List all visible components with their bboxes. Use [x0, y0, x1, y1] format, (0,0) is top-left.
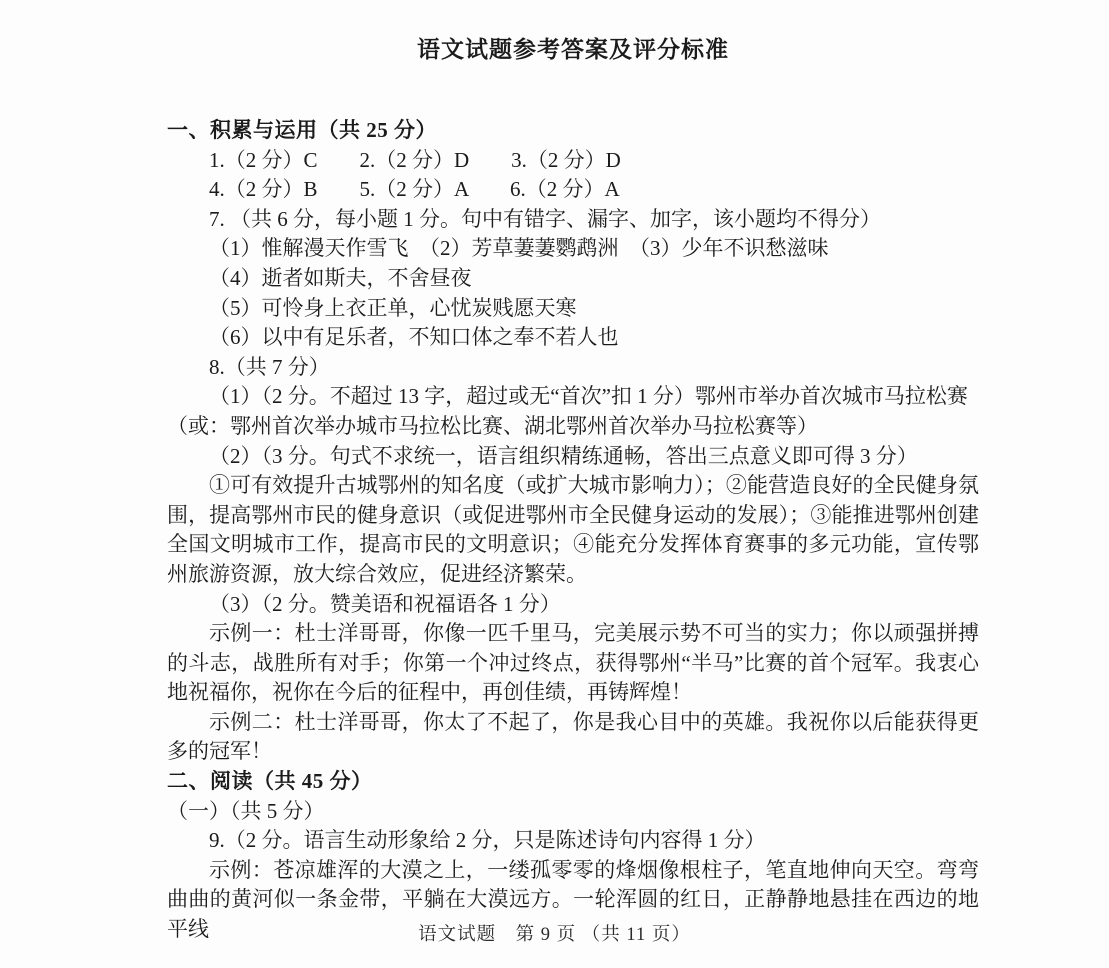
question-7-answers-1-3: （1）惟解漫天作雪飞 （2）芳草萋萋鹦鹉洲 （3）少年不识愁滋味 [167, 234, 979, 264]
document-page: 语文试题参考答案及评分标准 一、积累与运用（共 25 分） 1.（2 分）C 2… [0, 0, 1109, 968]
question-8-part-1-answer: （1）（2 分。不超过 13 字，超过或无“首次”扣 1 分）鄂州市举办首次城市… [167, 382, 979, 412]
question-7-answer-4: （4）逝者如斯夫，不舍昼夜 [167, 264, 979, 294]
question-8-part-3-example-2: 示例二：杜士洋哥哥，你太了不起了，你是我心目中的英雄。我祝你以后能获得更多的冠军… [167, 708, 979, 767]
question-8-part-2-answer: ①可有效提升古城鄂州的知名度（或扩大城市影响力）；②能营造良好的全民健身氛围，提… [167, 471, 979, 589]
question-8-part-3-rubric: （3）（2 分。赞美语和祝福语各 1 分） [167, 590, 979, 620]
answer-row-1-3: 1.（2 分）C 2.（2 分）D 3.（2 分）D [167, 146, 979, 176]
section-heading-reading: 二、阅读（共 45 分） [167, 767, 979, 797]
question-7-rubric: 7. （共 6 分，每小题 1 分。句中有错字、漏字、加字，该小题均不得分） [167, 205, 979, 235]
question-8-part-3-example-1: 示例一：杜士洋哥哥，你像一匹千里马，完美展示势不可当的实力；你以顽强拼搏的斗志，… [167, 619, 979, 708]
document-title: 语文试题参考答案及评分标准 [167, 34, 979, 66]
answer-row-4-6: 4.（2 分）B 5.（2 分）A 6.（2 分）A [167, 175, 979, 205]
question-7-answer-6: （6）以中有足乐者，不知口体之奉不若人也 [167, 323, 979, 353]
page-footer: 语文试题 第 9 页 （共 11 页） [0, 920, 1109, 946]
question-9-rubric: 9.（2 分。语言生动形象给 2 分，只是陈述诗句内容得 1 分） [167, 826, 979, 856]
question-8-part-1-alt: （或：鄂州首次举办城市马拉松比赛、湖北鄂州首次举办马拉松赛等） [167, 412, 979, 442]
question-8-header: 8.（共 7 分） [167, 353, 979, 383]
subsection-one-header: （一）（共 5 分） [167, 797, 979, 827]
question-7-answer-5: （5）可怜身上衣正单，心忧炭贱愿天寒 [167, 294, 979, 324]
question-8-part-2-rubric: （2）（3 分。句式不求统一，语言组织精练通畅，答出三点意义即可得 3 分） [167, 442, 979, 472]
section-heading-accumulation: 一、积累与运用（共 25 分） [167, 116, 979, 146]
